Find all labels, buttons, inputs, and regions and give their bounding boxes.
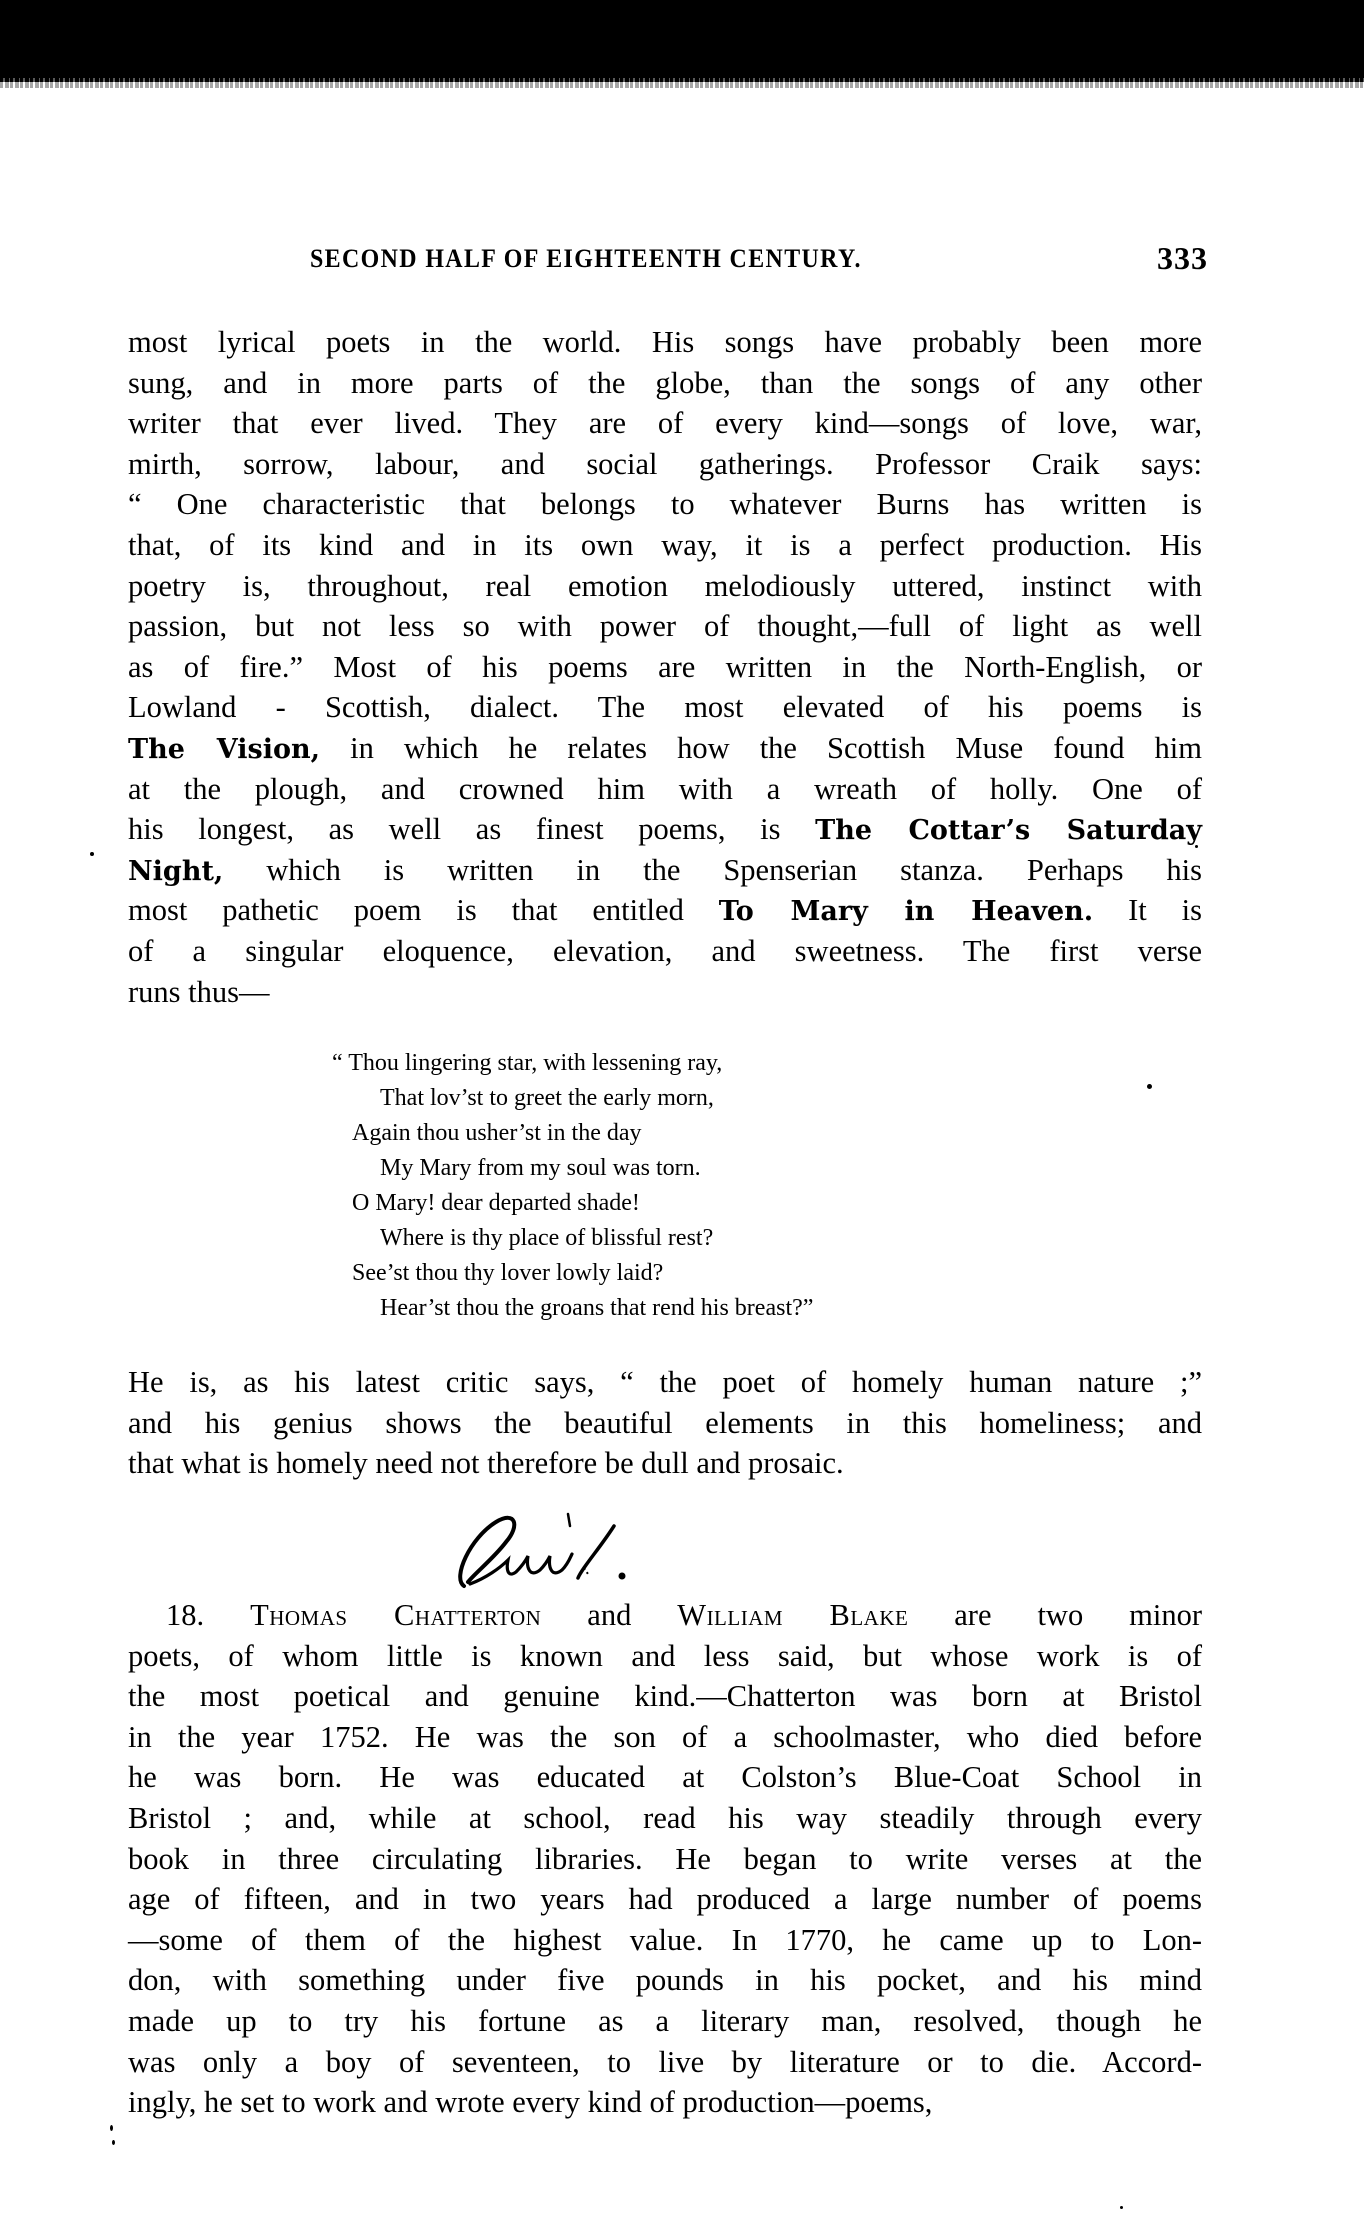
text-line: Lowland - Scottish, dialect. The most el… <box>128 687 1202 728</box>
running-head: SECOND HALF OF EIGHTEENTH CENTURY. 333 <box>300 240 1208 280</box>
poem-line: Hear’st thou the groans that rend his br… <box>332 1291 1092 1326</box>
text-line: the most poetical and genuine kind.—Chat… <box>128 1676 1202 1717</box>
poem-line: “ Thou lingering star, with lessening ra… <box>332 1046 1092 1081</box>
text-line: Night, which is written in the Spenseria… <box>128 850 1202 891</box>
text-line: sung, and in more parts of the globe, th… <box>128 363 1202 404</box>
text-line: of a singular eloquence, elevation, and … <box>128 931 1202 972</box>
section-heading-line: 18. Thomas Chatterton and William Blake … <box>128 1595 1202 1636</box>
running-head-title: SECOND HALF OF EIGHTEENTH CENTURY. <box>310 244 862 274</box>
text-line: The Vision, in which he relates how the … <box>128 728 1202 769</box>
text-line: in the year 1752. He was the son of a sc… <box>128 1717 1202 1758</box>
text-line: he was born. He was educated at Colston’… <box>128 1757 1202 1798</box>
text-line: was only a boy of seventeen, to live by … <box>128 2042 1202 2083</box>
text-line: most pathetic poem is that entitled To M… <box>128 890 1202 931</box>
scan-speck <box>1195 845 1198 848</box>
text-line: book in three circulating libraries. He … <box>128 1839 1202 1880</box>
poem-line: My Mary from my soul was torn. <box>332 1151 1092 1186</box>
scan-speck <box>1120 2206 1123 2209</box>
paragraph-burns: most lyrical poets in the world. His son… <box>128 322 1202 1012</box>
text-line: runs thus— <box>128 972 1202 1013</box>
author-name: Thomas Chatterton <box>250 1598 541 1632</box>
poem-line: See’st thou thy lover lowly laid? <box>332 1256 1092 1291</box>
scan-speck <box>90 852 94 856</box>
poem-line: Where is thy place of blissful rest? <box>332 1221 1092 1256</box>
text-line: poets, of whom little is known and less … <box>128 1636 1202 1677</box>
text-line: “ One characteristic that belongs to wha… <box>128 484 1202 525</box>
text-line: poetry is, throughout, real emotion melo… <box>128 566 1202 607</box>
scan-speck <box>1147 1084 1152 1089</box>
author-name: William Blake <box>677 1598 908 1632</box>
bold-poem-title: Night, <box>128 856 223 887</box>
poem-line: That lov’st to greet the early morn, <box>332 1081 1092 1116</box>
text-line: don, with something under five pounds in… <box>128 1960 1202 2001</box>
text-line: Bristol ; and, while at school, read his… <box>128 1798 1202 1839</box>
poem-line: Again thou usher’st in the day <box>332 1116 1092 1151</box>
text-line: passion, but not less so with power of t… <box>128 606 1202 647</box>
text-line: that what is homely need not therefore b… <box>128 1443 1202 1484</box>
page-number: 333 <box>1157 240 1208 277</box>
handwritten-annotation: Quel. <box>450 1508 660 1593</box>
text-line: as of fire.” Most of his poems are writt… <box>128 647 1202 688</box>
bold-poem-title: The Cottar’s Saturday <box>815 815 1202 846</box>
poem-to-mary-in-heaven: “ Thou lingering star, with lessening ra… <box>332 1046 1092 1326</box>
scan-speck <box>110 2125 113 2131</box>
text-line: that, of its kind and in its own way, it… <box>128 525 1202 566</box>
text-line: his longest, as well as finest poems, is… <box>128 809 1202 850</box>
scan-border-edge <box>0 78 1364 88</box>
bold-poem-title: The Vision, <box>128 734 320 765</box>
scan-speck <box>112 2140 115 2145</box>
text-line: writer that ever lived. They are of ever… <box>128 403 1202 444</box>
text-line: mirth, sorrow, labour, and social gather… <box>128 444 1202 485</box>
scan-border-top <box>0 0 1364 82</box>
paragraph-homely-nature: He is, as his latest critic says, “ the … <box>128 1362 1202 1484</box>
poem-line: O Mary! dear departed shade! <box>332 1186 1092 1221</box>
bold-poem-title: To Mary in Heaven. <box>719 896 1093 927</box>
text-line: He is, as his latest critic says, “ the … <box>128 1362 1202 1403</box>
text-line: at the plough, and crowned him with a wr… <box>128 769 1202 810</box>
section-number: 18. <box>166 1598 250 1632</box>
text-line: most lyrical poets in the world. His son… <box>128 322 1202 363</box>
section-18-chatterton-blake: 18. Thomas Chatterton and William Blake … <box>128 1595 1202 2123</box>
text-line: and his genius shows the beautiful eleme… <box>128 1403 1202 1444</box>
text-line: age of fifteen, and in two years had pro… <box>128 1879 1202 1920</box>
text-line: made up to try his fortune as a literary… <box>128 2001 1202 2042</box>
text-line: —some of them of the highest value. In 1… <box>128 1920 1202 1961</box>
text-line: ingly, he set to work and wrote every ki… <box>128 2082 1202 2123</box>
